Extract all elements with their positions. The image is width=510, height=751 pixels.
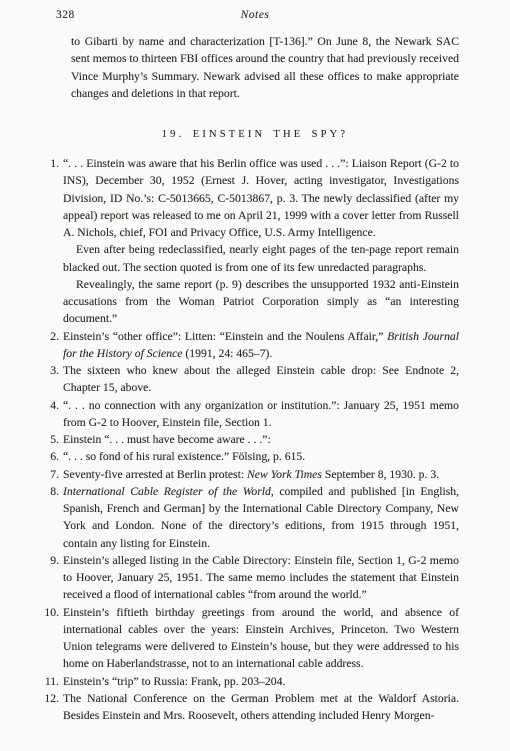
note-text: Einstein’s alleged listing in the Cable … <box>63 552 459 604</box>
note-paragraph: Even after being redeclassified, nearly … <box>63 241 459 276</box>
note-text: Einstein’s fiftieth birthday greetings f… <box>63 604 459 673</box>
note-number: 5. <box>40 431 63 448</box>
note-item: 10. Einstein’s fiftieth birthday greetin… <box>40 604 459 673</box>
note-item: 12. The National Conference on the Germa… <box>40 690 459 725</box>
note-number: 3. <box>40 362 63 397</box>
note-paragraph: Einstein’s “trip” to Russia: Frank, pp. … <box>63 673 459 690</box>
note-text: “. . . so fond of his rural existence.” … <box>63 448 459 465</box>
note-item: 9. Einstein’s alleged listing in the Cab… <box>40 552 459 604</box>
note-item: 1. “. . . Einstein was aware that his Be… <box>40 155 459 328</box>
note-number: 4. <box>40 397 63 432</box>
running-header: 328 Notes <box>0 9 510 25</box>
note-paragraph: Einstein’s “other office”: Litten: “Eins… <box>63 328 459 363</box>
note-number: 1. <box>40 155 63 328</box>
note-paragraph: “. . . so fond of his rural existence.” … <box>63 448 459 465</box>
note-item: 5. Einstein “. . . must have become awar… <box>40 431 459 448</box>
note-paragraph: “. . . Einstein was aware that his Berli… <box>63 155 459 241</box>
note-item: 2. Einstein’s “other office”: Litten: “E… <box>40 328 459 363</box>
note-paragraph: Einstein “. . . must have become aware .… <box>63 431 459 448</box>
note-text: Einstein’s “trip” to Russia: Frank, pp. … <box>63 673 459 690</box>
note-text: The National Conference on the German Pr… <box>63 690 459 725</box>
note-number: 8. <box>40 483 63 552</box>
note-paragraph: Einstein’s alleged listing in the Cable … <box>63 552 459 604</box>
note-paragraph: “. . . no connection with any organizati… <box>63 397 459 432</box>
note-number: 9. <box>40 552 63 604</box>
page-content: to Gibarti by name and characterization … <box>0 33 510 724</box>
note-text: Seventy-five arrested at Berlin protest:… <box>63 466 459 483</box>
note-paragraph: The sixteen who knew about the alleged E… <box>63 362 459 397</box>
note-text: “. . . Einstein was aware that his Berli… <box>63 155 459 328</box>
running-title: Notes <box>0 9 510 21</box>
note-number: 11. <box>40 673 63 690</box>
note-number: 6. <box>40 448 63 465</box>
note-paragraph: International Cable Register of the Worl… <box>63 483 459 552</box>
note-text: Einstein “. . . must have become aware .… <box>63 431 459 448</box>
note-item: 6. “. . . so fond of his rural existence… <box>40 448 459 465</box>
note-paragraph: Einstein’s fiftieth birthday greetings f… <box>63 604 459 673</box>
chapter-heading: 19. EINSTEIN THE SPY? <box>0 129 510 140</box>
note-text: “. . . no connection with any organizati… <box>63 397 459 432</box>
note-paragraph: The National Conference on the German Pr… <box>63 690 459 725</box>
note-item: 3. The sixteen who knew about the allege… <box>40 362 459 397</box>
note-text: The sixteen who knew about the alleged E… <box>63 362 459 397</box>
note-paragraph: Seventy-five arrested at Berlin protest:… <box>63 466 459 483</box>
note-paragraph: Revealingly, the same report (p. 9) desc… <box>63 276 459 328</box>
note-number: 10. <box>40 604 63 673</box>
note-text: International Cable Register of the Worl… <box>63 483 459 552</box>
note-text: Einstein’s “other office”: Litten: “Eins… <box>63 328 459 363</box>
note-item: 11. Einstein’s “trip” to Russia: Frank, … <box>40 673 459 690</box>
note-number: 7. <box>40 466 63 483</box>
note-item: 7. Seventy-five arrested at Berlin prote… <box>40 466 459 483</box>
notes-list: 1. “. . . Einstein was aware that his Be… <box>40 155 459 724</box>
continuation-paragraph: to Gibarti by name and characterization … <box>71 33 459 102</box>
note-number: 12. <box>40 690 63 725</box>
book-page: 328 Notes to Gibarti by name and charact… <box>0 0 510 751</box>
note-item: 8. International Cable Register of the W… <box>40 483 459 552</box>
note-number: 2. <box>40 328 63 363</box>
note-item: 4. “. . . no connection with any organiz… <box>40 397 459 432</box>
